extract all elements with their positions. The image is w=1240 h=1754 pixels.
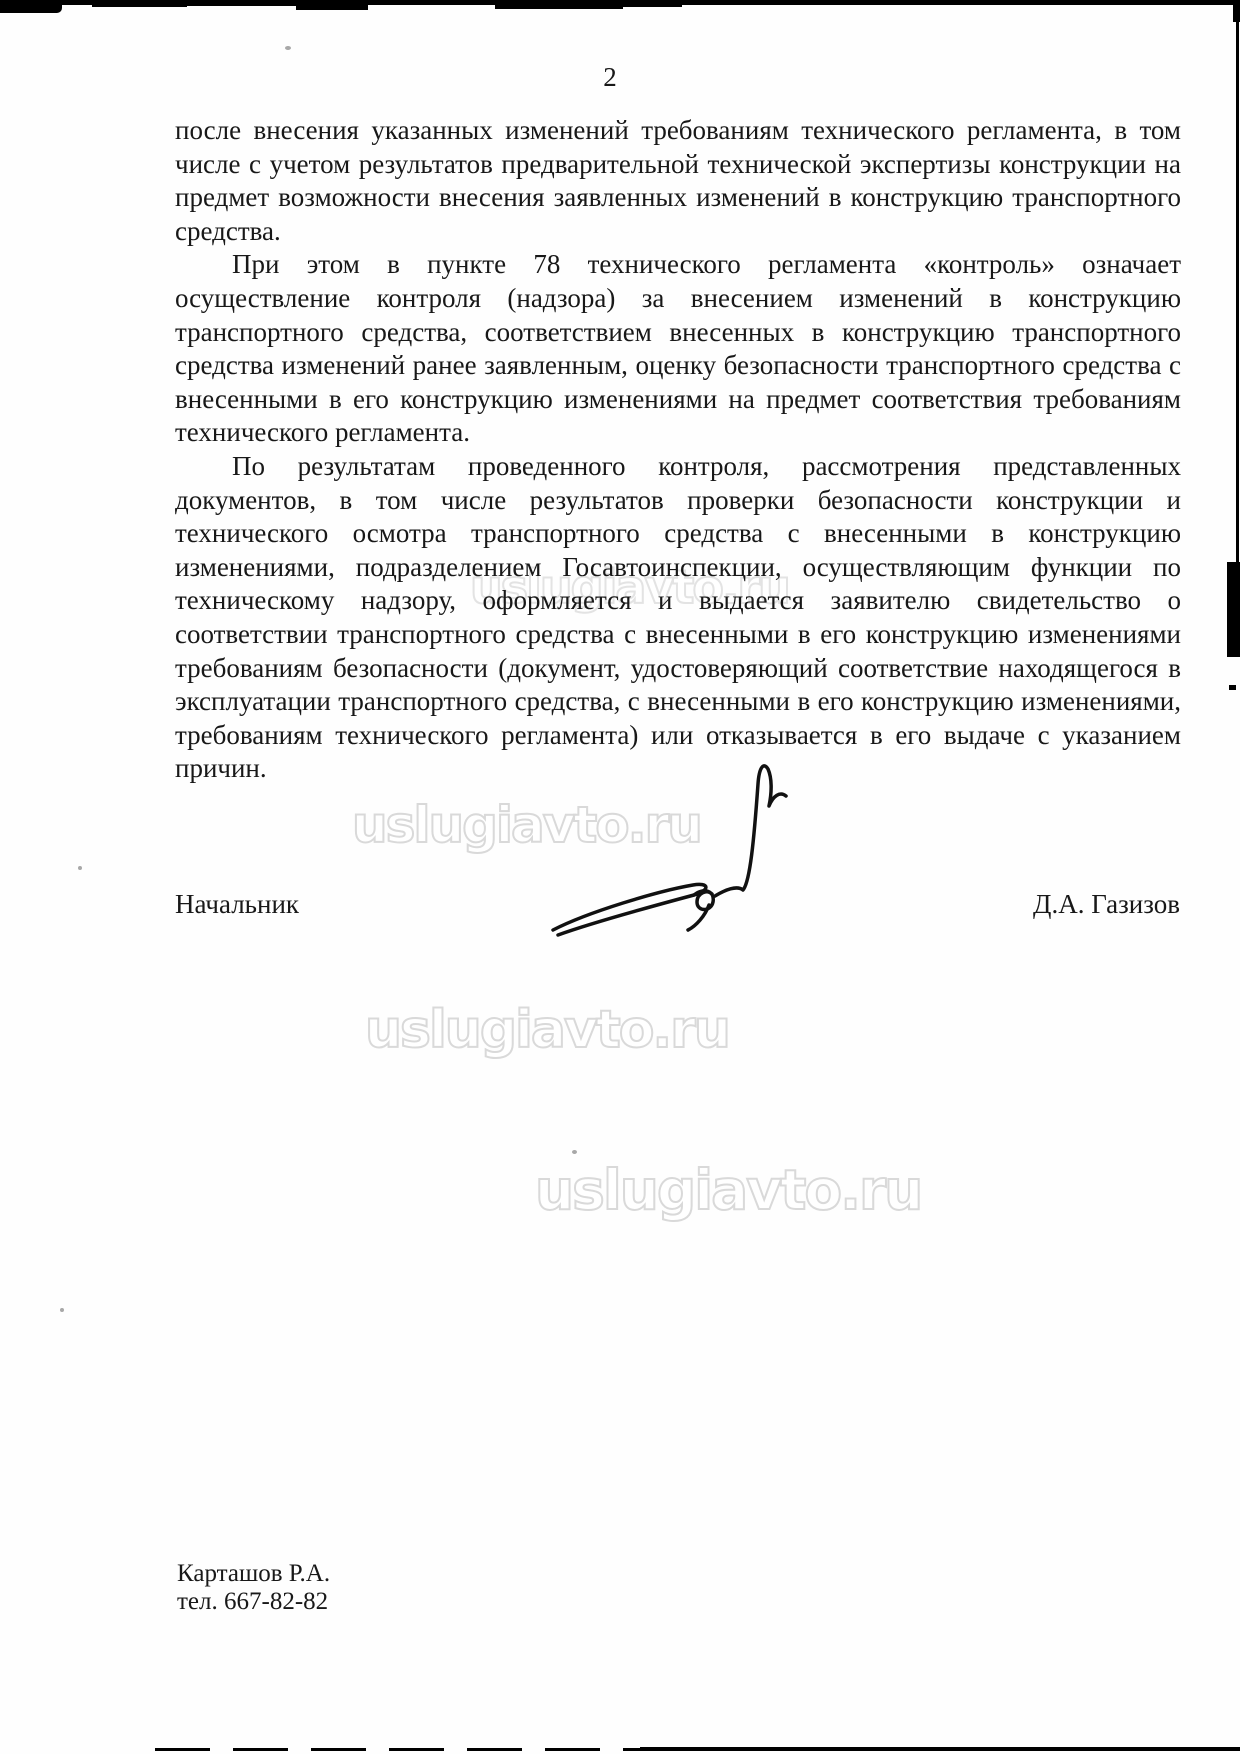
contact-phone: тел. 667-82-82 (177, 1588, 330, 1616)
page-number: 2 (0, 62, 1220, 93)
paragraph: По результатам проведенного контроля, ра… (175, 450, 1181, 786)
scan-artifact-bottom-edge (155, 1748, 645, 1751)
scan-speck (60, 1308, 64, 1312)
contact-name: Карташов Р.А. (177, 1560, 330, 1588)
scan-artifact-bottom-edge (640, 1747, 1240, 1751)
signer-title: Начальник (175, 889, 299, 920)
scan-speck (572, 1150, 577, 1154)
document-body: после внесения указанных изменений требо… (175, 114, 1181, 786)
scan-artifact (495, 4, 623, 9)
signer-name: Д.А. Газизов (1033, 889, 1180, 920)
watermark-text: uslugiavto.ru (535, 1158, 921, 1222)
paragraph: после внесения указанных изменений требо… (175, 114, 1181, 248)
scan-artifact-right-edge (1236, 0, 1239, 622)
scan-artifact-top-corner (0, 0, 62, 13)
scanned-document-page: uslugiavto.ru uslugiavto.ru uslugiavto.r… (0, 0, 1240, 1754)
scan-artifact (1233, 0, 1240, 22)
handwritten-signature-image (518, 742, 808, 947)
paragraph: При этом в пункте 78 технического реглам… (175, 248, 1181, 450)
scan-artifact (1229, 685, 1236, 690)
scan-speck (285, 46, 291, 50)
footer-contact: Карташов Р.А. тел. 667-82-82 (177, 1560, 330, 1616)
scan-speck (78, 866, 82, 870)
scan-artifact (296, 3, 368, 10)
watermark-text: uslugiavto.ru (365, 1000, 729, 1060)
scan-artifact (612, 4, 682, 7)
scan-artifact (1227, 562, 1240, 657)
